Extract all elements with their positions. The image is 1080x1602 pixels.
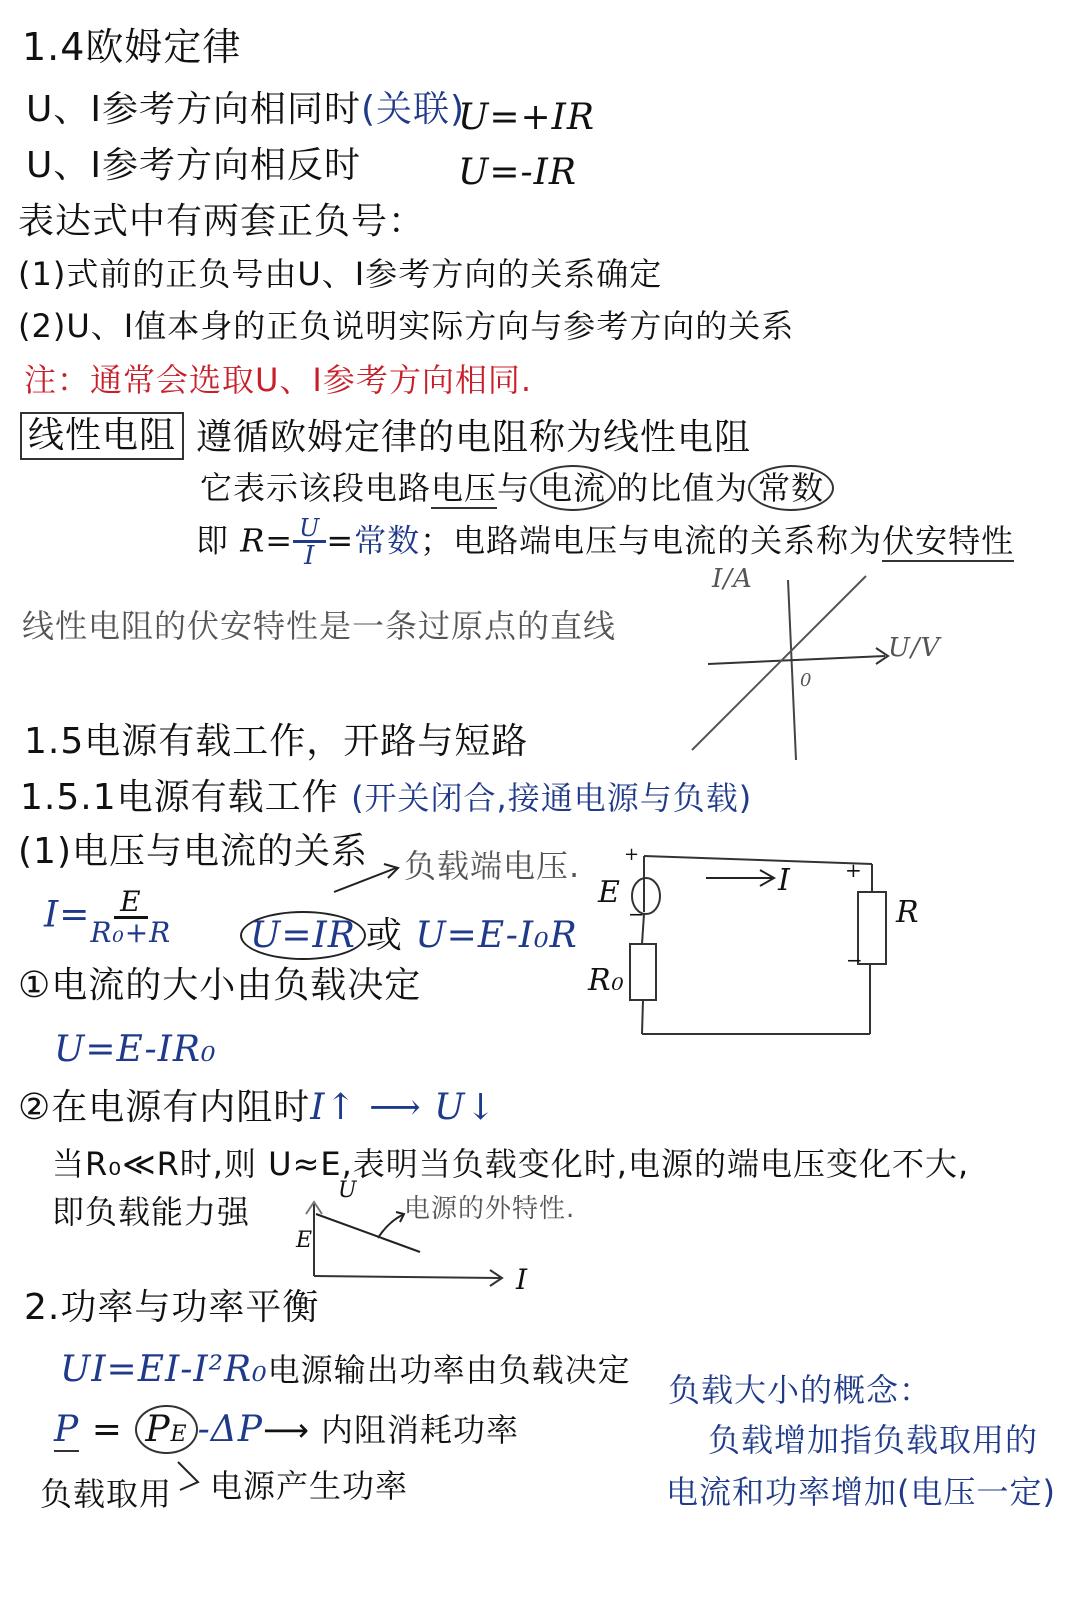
volt-ampere-term: 伏安特性 [882,522,1014,562]
item-1-heading: (1)电压与电流的关系 [18,834,368,870]
circuit-load-minus: − [846,950,864,970]
arrow-to-load-voltage [330,860,410,900]
formula-u-minus-ir: U=-IR [458,155,577,191]
fraction-numerator: U [293,516,326,543]
rule-same-text: U、I参考方向相同时 [26,89,361,130]
linear-resistor-definition: 遵循欧姆定律的电阻称为线性电阻 [196,420,751,456]
power-formula-line: UI=EI-I²R₀电源输出功率由负载决定 [60,1352,631,1388]
point-circle-2-text: ②在电源有内阻时 [18,1087,310,1128]
p-load: P [54,1409,79,1452]
ext-y-label: U [338,1180,358,1202]
formula-i-denominator: R₀+R [90,919,171,947]
constant: 常数 [354,522,420,560]
load-concept-title: 负载大小的概念： [668,1374,932,1406]
r-equals: R= [240,522,293,560]
section-title-1-5: 1.5电源有载工作，开路与短路 [24,724,528,760]
p-equals: = [92,1409,123,1450]
load-concept-line-1: 负载增加指负载取用的 [708,1424,1038,1456]
formula-i-lhs: I= [44,895,90,936]
load-voltage-note: 负载端电压. [404,850,580,882]
linear-resistor-term: 线性电阻 [20,412,184,460]
graph-x-label: U/V [888,635,940,661]
formula-u-plus-ir: U=+IR [458,100,595,136]
ratio-line: 它表示该段电路电压与电流的比值为常数 [200,472,834,504]
arrow-pe-label [172,1460,212,1500]
point-circle-1: ①电流的大小由负载决定 [18,968,421,1004]
ratio-prefix: 它表示该段电路 [200,469,431,507]
p-load-label: 负载取用 [40,1478,172,1510]
circuit-current-label: I [778,866,791,896]
point-2: (2)U、I值本身的正负说明实际方向与参考方向的关系 [18,310,794,342]
rule-same-direction: U、I参考方向相同时(关联) [26,92,465,128]
condition-line-2: 即负载能力强 [52,1196,250,1228]
point-circle-2: ②在电源有内阻时I↑ ⟶ U↓ [18,1090,497,1126]
internal-loss-note: ⟶ 内阻消耗功率 [263,1411,519,1449]
ratio-constant: 常数 [748,465,834,511]
circuit-source-minus: − [628,904,646,924]
formula-i-numerator: E [114,888,147,919]
formula-i-fraction: ER₀+R [90,888,171,947]
graph-y-label: I/A [712,566,753,592]
ext-y-value: E [296,1230,313,1252]
p-source-letter: P [145,1409,170,1450]
circuit-load-label: R [896,898,920,928]
circuit-r0-label: R₀ [588,966,625,996]
point-circle-2-formula: I↑ ⟶ U↓ [310,1087,496,1128]
two-signs-heading: 表达式中有两套正负号： [18,204,425,240]
linear-vi-note: 线性电阻的伏安特性是一条过原点的直线 [22,610,616,642]
section-title-2: 2.功率与功率平衡 [24,1290,319,1326]
red-note: 注：通常会选取U、I参考方向相同. [24,364,532,396]
formula-voltage-line: U=IR或 U=E-I₀R [240,918,578,954]
ratio-current: 电流 [530,465,616,511]
p-source: PE [135,1405,197,1454]
circuit-diagram [580,840,920,1040]
circuit-load-plus: + [845,860,863,880]
graph-origin: 0 [800,672,812,690]
ext-characteristic-note: 电源的外特性. [404,1196,575,1222]
power-balance-line: P = PE-ΔP⟶ 内阻消耗功率 [54,1412,519,1448]
load-concept-line-2: 电流和功率增加(电压一定) [666,1476,1056,1508]
subsection-1-5-1: 1.5.1电源有载工作 (开关闭合,接通电源与负载) [20,780,752,816]
formula-u-ir: U=IR [240,911,366,960]
ratio-voltage: 电压 [431,469,497,509]
power-note: 电源输出功率由负载决定 [268,1351,631,1389]
u-over-i-fraction: UI [293,516,326,569]
subsection-note: (开关闭合,接通电源与负载) [351,779,752,817]
ratio-mid: 与 [497,469,530,507]
condition-line: 当R₀≪R时,则 U≈E,表明当负载变化时,电源的端电压变化不大, [52,1148,969,1180]
fraction-denominator: I [304,543,315,569]
formula-u-e-minus-ir: U=E-I₀R [415,915,577,956]
circuit-source-plus: + [624,846,640,864]
pe-label: 电源产生功率 [210,1470,408,1502]
formula-u-e-ir0: U=E-IR₀ [54,1032,216,1068]
ext-x-label: I [516,1266,528,1294]
circuit-source-label: E [598,878,621,908]
ratio-suffix: 的比值为 [616,469,748,507]
delta-p: -ΔP [198,1409,263,1450]
section-title-1-4: 1.4欧姆定律 [22,28,241,66]
or-text: 或 [366,915,403,956]
point-1: (1)式前的正负号由U、I参考方向的关系确定 [18,258,662,290]
formula-current: I=ER₀+R [44,888,171,947]
power-formula: UI=EI-I²R₀ [60,1349,268,1390]
equals: = [326,522,354,560]
ie-prefix: 即 [196,522,229,560]
p-source-sub: E [171,1422,188,1447]
subsection-title: 1.5.1电源有载工作 [20,777,339,818]
relation-text: ；电路端电压与电流的关系称为 [420,522,882,560]
rule-opposite-direction: U、I参考方向相反时 [26,148,361,184]
rule-same-note: (关联) [361,89,465,130]
